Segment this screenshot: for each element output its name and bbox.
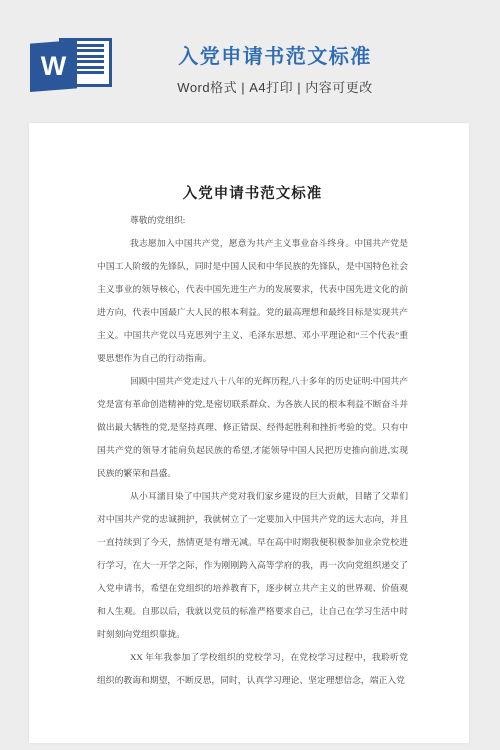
preview-header: W 入党申请书范文标准 Word格式 | A4打印 | 内容可更改 <box>0 0 500 123</box>
doc-paragraph: XX 年年我参加了学校组织的党校学习，在党校学习过程中，我聆听党组织的教诲和期望… <box>97 646 408 692</box>
salutation-line: 尊敬的党组织: <box>97 209 408 232</box>
header-text-block: 入党申请书范文标准 Word格式 | A4打印 | 内容可更改 <box>50 45 500 96</box>
document-body: 尊敬的党组织: 我志愿加入中国共产党，愿意为共产主义事业奋斗终身。中国共产党是中… <box>97 209 408 692</box>
preview-title: 入党申请书范文标准 <box>50 45 500 69</box>
preview-subtitle: Word格式 | A4打印 | 内容可更改 <box>50 77 500 96</box>
doc-paragraph: 我志愿加入中国共产党，愿意为共产主义事业奋斗终身。中国共产党是中国工人阶级的先锋… <box>97 232 408 370</box>
doc-paragraph: 从小耳濡目染了中国共产党对我们家乡建设的巨大贡献，目睹了父辈们对中国共产党的忠诚… <box>97 485 408 646</box>
doc-paragraph: 回顾中国共产党走过八十八年的光辉历程,八十多年的历史证明:中国共产党是富有革命创… <box>97 370 408 485</box>
document-page: 入党申请书范文标准 尊敬的党组织: 我志愿加入中国共产党，愿意为共产主义事业奋斗… <box>29 123 469 743</box>
document-title: 入党申请书范文标准 <box>97 186 408 202</box>
preview-canvas: W 入党申请书范文标准 Word格式 | A4打印 | 内容可更改 入党申请书范… <box>0 0 500 750</box>
